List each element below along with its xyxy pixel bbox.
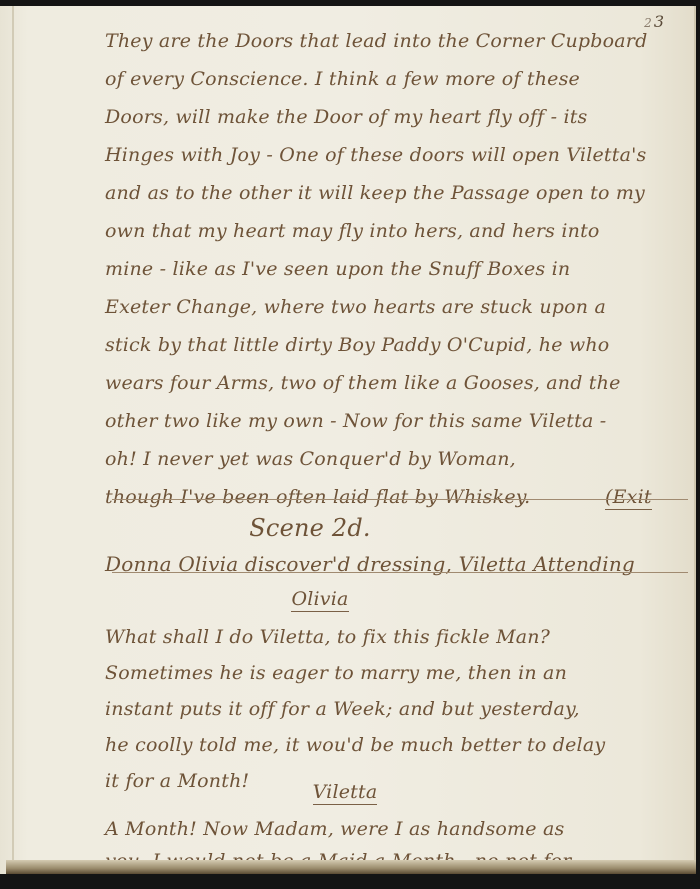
manuscript-page: 23 They are the Doors that lead into the…	[0, 6, 696, 874]
text-line: Exeter Change, where two hearts are stuc…	[105, 296, 606, 318]
page-number: 23	[644, 12, 664, 31]
text-line: mine - like as I've seen upon the Snuff …	[105, 258, 570, 280]
text-line: other two like my own - Now for this sam…	[105, 410, 606, 432]
text-line: it for a Month!	[105, 770, 249, 792]
speaker-name: Olivia	[260, 588, 380, 610]
text-line: instant puts it off for a Week; and but …	[105, 698, 580, 720]
text-line: wears four Arms, two of them like a Goos…	[105, 372, 621, 394]
binding-gutter	[12, 6, 14, 874]
pencil-page-number: 2	[644, 16, 652, 30]
text-line: stick by that little dirty Boy Paddy O'C…	[105, 334, 609, 356]
speaker-name: Viletta	[285, 781, 405, 803]
page-bottom-edge	[6, 860, 696, 874]
scene-heading: Scene 2d.	[110, 514, 510, 542]
divider-rule	[112, 572, 688, 573]
text-line: own that my heart may fly into hers, and…	[105, 220, 600, 242]
text-line: They are the Doors that lead into the Co…	[105, 30, 647, 52]
speaker-viletta: Viletta	[313, 781, 378, 805]
text-line: What shall I do Viletta, to fix this fic…	[105, 626, 550, 648]
text-line: of every Conscience. I think a few more …	[105, 68, 580, 90]
text-line: he coolly told me, it wou'd be much bett…	[105, 734, 605, 756]
text-line: A Month! Now Madam, were I as handsome a…	[105, 818, 564, 840]
divider-rule	[112, 499, 688, 500]
exit-direction: (Exit	[605, 486, 652, 510]
text-line: Hinges with Joy - One of these doors wil…	[105, 144, 647, 166]
text-line: oh! I never yet was Conquer'd by Woman,	[105, 448, 516, 470]
speaker-olivia: Olivia	[291, 588, 348, 612]
text-line: Sometimes he is eager to marry me, then …	[105, 662, 567, 684]
ink-page-number: 3	[654, 12, 664, 31]
text-line: Doors, will make the Door of my heart fl…	[105, 106, 588, 128]
text-line: though I've been often laid flat by Whis…	[105, 486, 530, 508]
text-line: and as to the other it will keep the Pas…	[105, 182, 645, 204]
